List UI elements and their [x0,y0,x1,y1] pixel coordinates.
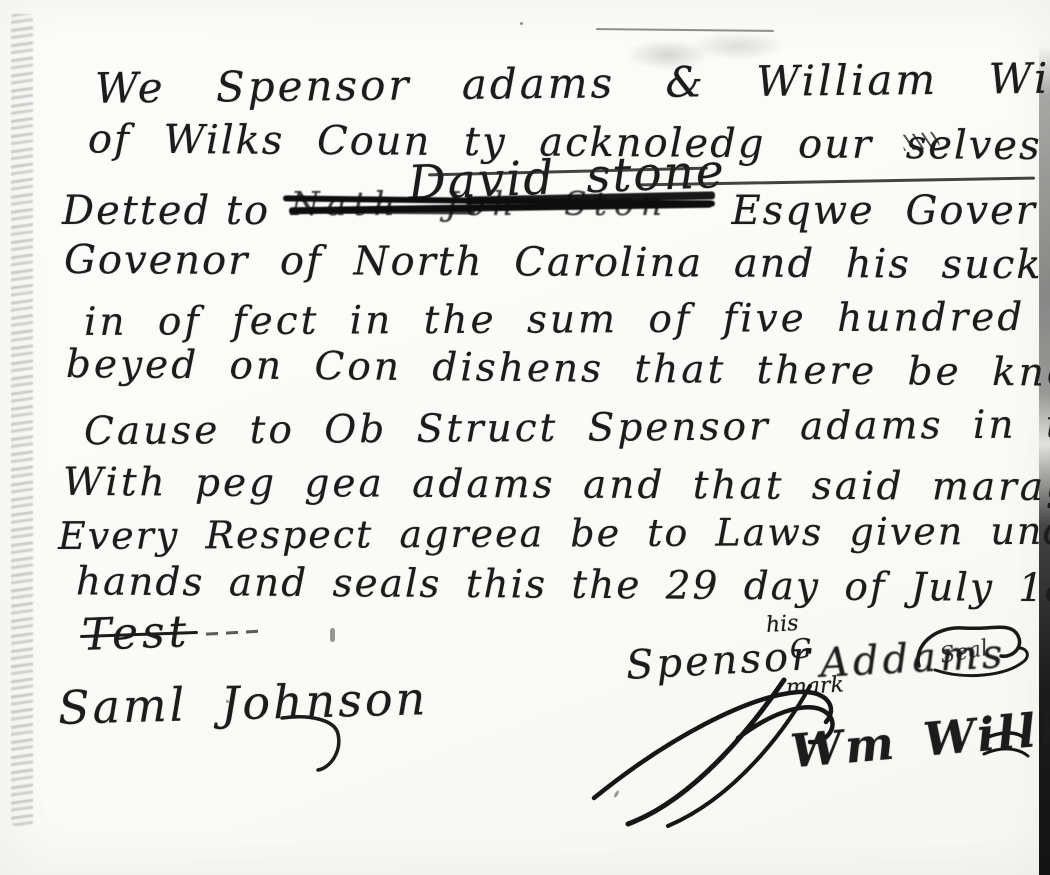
struck-out-name: Nath Joh Ston [285,182,717,224]
document-page: We Spensor adams & William Williams of W… [0,0,1050,875]
signer1-mark-letter: G [789,634,812,666]
ink-speck [520,22,523,25]
scan-left-edge-artifact [11,14,33,826]
handwritten-line-4: Govenor of North Carolina and his suck s… [64,237,1050,289]
ink-speck [330,628,335,642]
handwritten-line-7: Cause to Ob Struct Spensor adams in ter … [84,401,1050,454]
line3-prefix: Detted to [62,188,270,234]
test-dashes [206,629,266,635]
handwritten-line-5: in of fect in the sum of five hundred po… [84,294,1050,345]
handwritten-line-8: With peg gea adams and that said marage … [63,460,1050,511]
signature-flourish [280,712,350,772]
handwritten-line-6: beyed on Con dishens that there be knoe … [66,342,1050,397]
strike-bar [325,208,475,214]
handwritten-line-10: hands and seals this the 29 day of July … [76,559,1050,611]
handwritten-line-1: We Spensor adams & William Williams [95,52,1050,113]
witness-signature: Saml Johnson [57,671,429,735]
handwritten-line-3: Detted to Nath Joh Ston Esqwe Gover our [62,182,1050,234]
handwritten-line-9: Every Respect agreea be to Laws given un… [58,508,1050,558]
line3-suffix: Esqwe Gover our [731,188,1050,234]
